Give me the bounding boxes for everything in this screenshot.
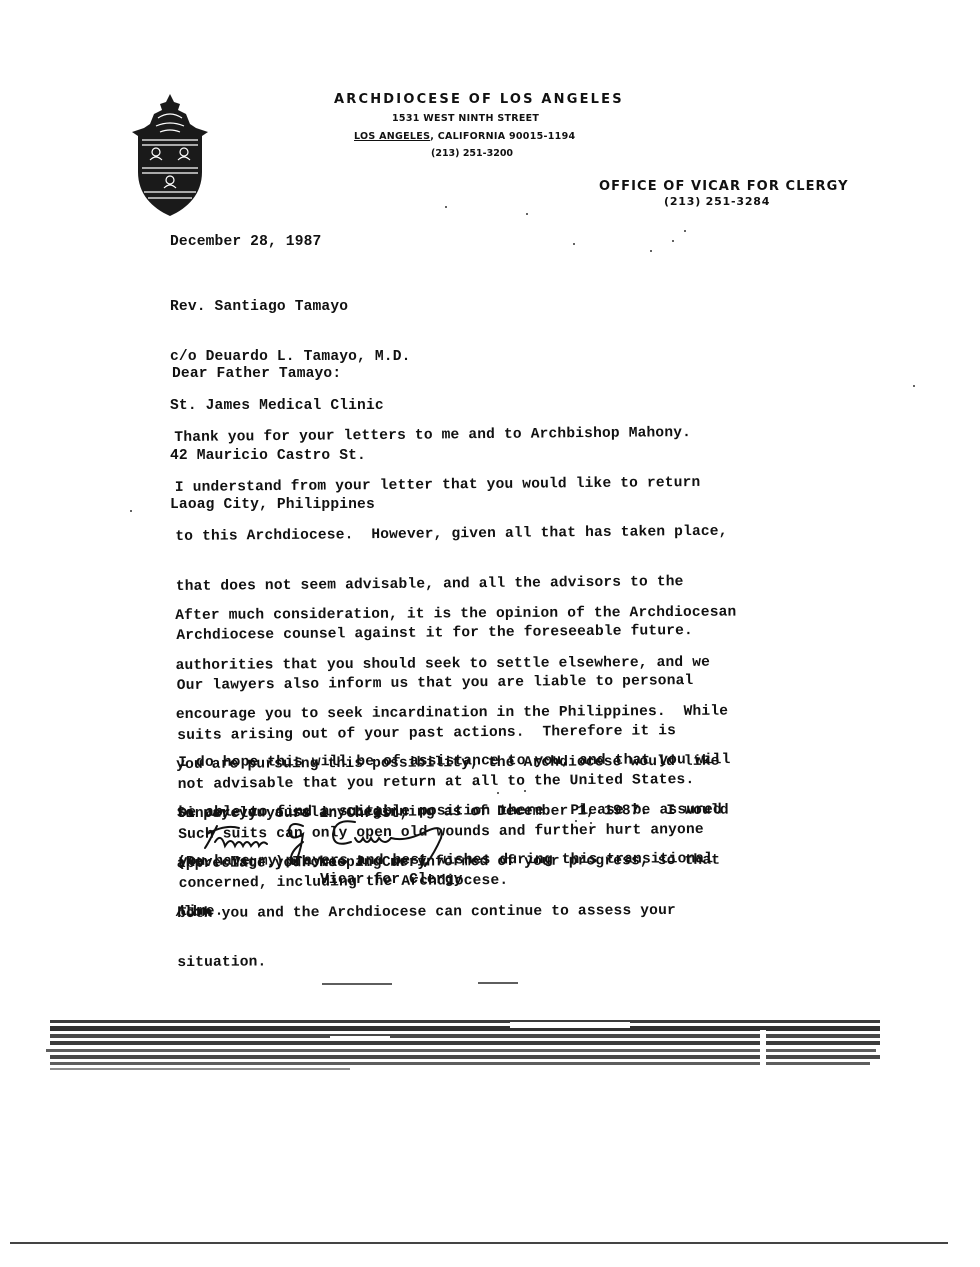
letter-date: December 28, 1987 xyxy=(170,234,321,251)
address-line: c/o Deuardo L. Tamayo, M.D. xyxy=(170,349,411,366)
scan-speck xyxy=(445,206,447,208)
scan-speck xyxy=(575,820,577,822)
office-phone: (213) 251-3284 xyxy=(664,195,770,208)
scan-speck xyxy=(497,792,499,794)
bottom-rule xyxy=(10,1242,948,1244)
body-line: I do hope this will be of assistance to … xyxy=(178,752,730,771)
scan-speck xyxy=(526,213,528,215)
scan-speck xyxy=(573,243,575,245)
body-line: situation. xyxy=(177,952,738,972)
scan-speck xyxy=(130,510,132,512)
state-zip: , CALIFORNIA 90015-1194 xyxy=(430,131,575,142)
body-line: time. xyxy=(179,901,731,920)
address-line: Rev. Santiago Tamayo xyxy=(170,299,411,316)
fax-noise-band xyxy=(30,980,920,1080)
signer-name: (Rev. Msgr.) Thomas J. Curry xyxy=(177,855,426,872)
scan-speck xyxy=(672,240,674,242)
organization-name: ARCHDIOCESE OF LOS ANGELES xyxy=(334,92,624,107)
scan-speck xyxy=(524,790,526,792)
body-line: After much consideration, it is the opin… xyxy=(175,605,736,625)
salutation: Dear Father Tamayo: xyxy=(172,366,341,383)
body-line: I understand from your letter that you w… xyxy=(175,474,727,496)
typist-initials: /lbm xyxy=(175,905,211,922)
scan-speck xyxy=(650,250,652,252)
signer-title: Vicar for Clergy xyxy=(320,872,463,889)
archdiocese-crest-icon xyxy=(130,92,210,217)
body-line: Thank you for your letters to me and to … xyxy=(174,425,726,447)
letter-page: ARCHDIOCESE OF LOS ANGELES 1531 WEST NIN… xyxy=(0,0,980,1267)
scan-speck xyxy=(913,385,915,387)
office-name: OFFICE OF VICAR FOR CLERGY xyxy=(599,179,849,194)
body-line: authorities that you should seek to sett… xyxy=(176,654,737,674)
scan-speck xyxy=(684,230,686,232)
main-phone: (213) 251-3200 xyxy=(431,148,513,159)
street-address: 1531 WEST NINTH STREET xyxy=(392,113,539,124)
scan-speck xyxy=(590,822,592,824)
city-address: LOS ANGELES, CALIFORNIA 90015-1194 xyxy=(354,131,575,142)
city-name: LOS ANGELES xyxy=(354,131,430,142)
body-line: to this Archdiocese. However, given all … xyxy=(175,524,727,546)
